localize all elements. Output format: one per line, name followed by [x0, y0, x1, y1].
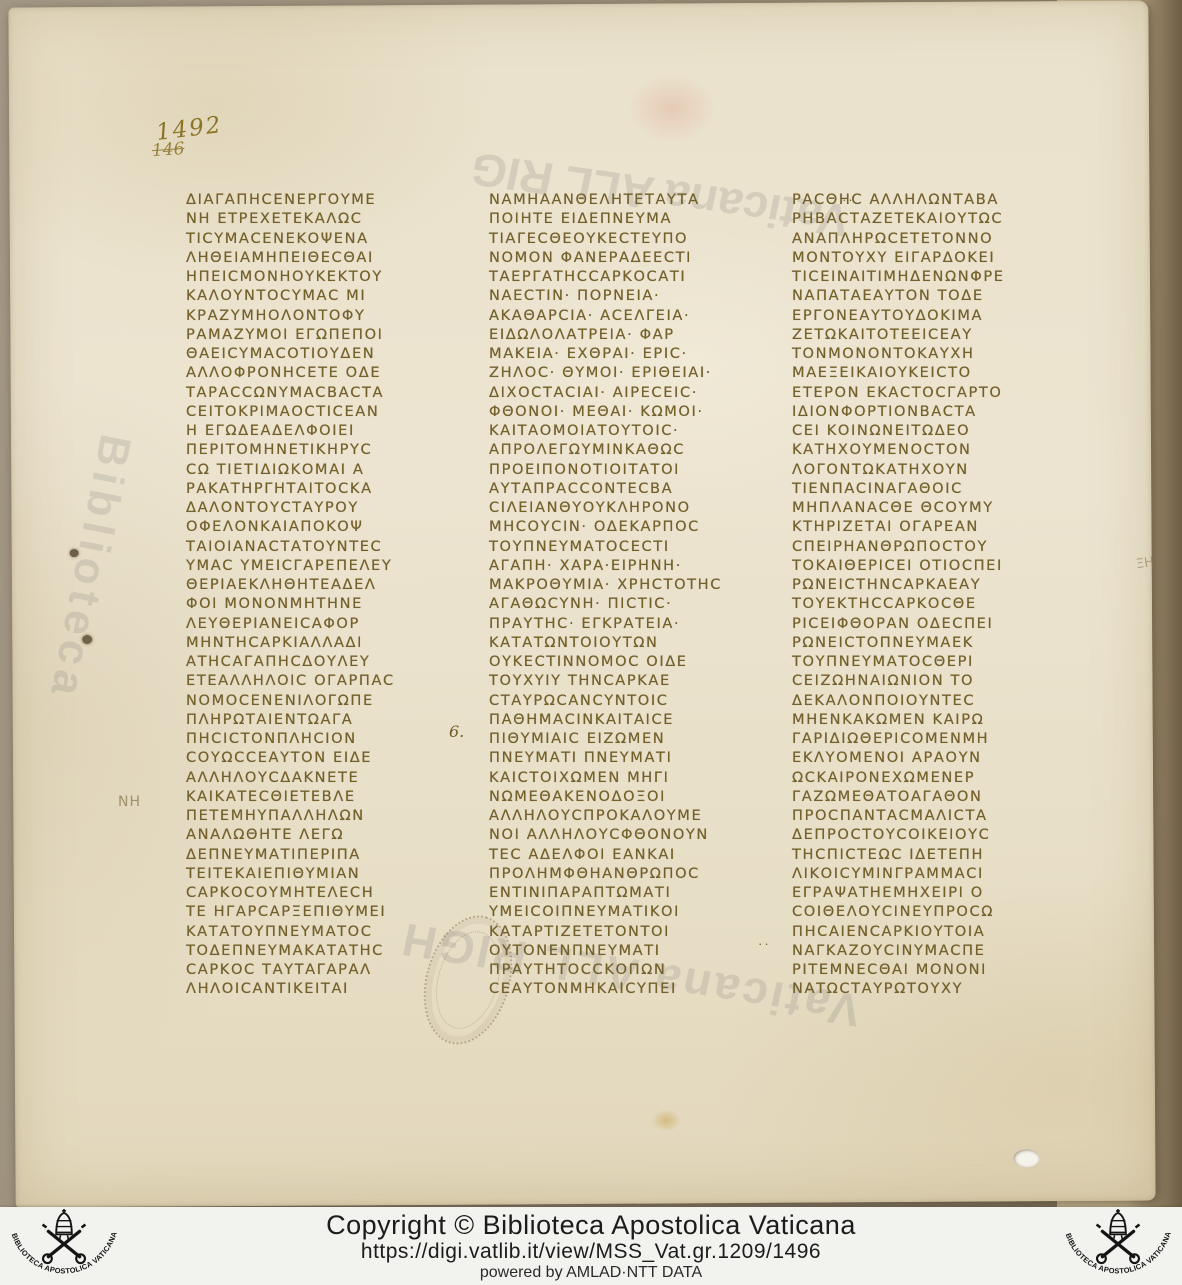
manuscript-line: ΜΑΚΕΙΑ· ΕΧΘΡΑΙ· ΕΡΙϹ·	[489, 344, 769, 363]
manuscript-line: ΤΟΥΕΚΤΗϹϹΑΡΚΟϹΘΕ	[792, 594, 1072, 613]
manuscript-line: ΜΗΠΛΑΝΑϹΘΕ ΘϹΟΥΜΥ	[792, 498, 1072, 517]
manuscript-line: ΔΕΠΝΕΥΜΑΤΙΠΕΡΙΠΑ	[186, 845, 466, 864]
vatican-library-logo-right: BIBLIOTECA APOSTOLICA VATICANA	[1054, 1208, 1182, 1284]
manuscript-line: ΤΟΚΑΙΘΕΡΙϹΕΙ ΟΤΙΟϹΠΕΙ	[792, 556, 1072, 575]
papal-tiara-icon	[1110, 1209, 1126, 1241]
manuscript-line: ΚΤΗΡΙΖΕΤΑΙ ΟΓΑΡΕΑΝ	[792, 517, 1072, 536]
manuscript-line: ΡΩΝΕΙϹΤΟΠΝΕΥΜΑΕΚ	[792, 633, 1072, 652]
manuscript-line: ϹΤΑΥΡΩϹΑΝϹΥΝΤΟΙϹ	[489, 691, 769, 710]
manuscript-line: ΛΙΚΟΙϹΥΜΙΝΓΡΑΜΜΑϹΙ	[792, 864, 1072, 883]
svg-text:BIBLIOTECA APOSTOLICA VATICANA: BIBLIOTECA APOSTOLICA VATICANA	[1064, 1230, 1173, 1275]
manuscript-line: ΠΕΡΙΤΟΜΗΝΕΤΙΚΗΡΥϹ	[186, 440, 466, 459]
logo-arc-text: BIBLIOTECA APOSTOLICA VATICANA	[10, 1230, 119, 1275]
manuscript-line: ΝΟΙ ΑΛΛΗΛΟΥϹΦΘΟΝΟΥΝ	[489, 825, 769, 844]
manuscript-line: ΑΠΡΟΛΕΓΩΥΜΙΝΚΑΘΩϹ	[489, 440, 769, 459]
manuscript-line: ΛΗΘΕΙΑΜΗΠΕΙΘΕϹΘΑΙ	[186, 248, 466, 267]
manuscript-line: ΠΗϹΑΙΕΝϹΑΡΚΙΟΥΤΟΙΑ	[792, 922, 1072, 941]
manuscript-line: ΚΑΙΚΑΤΕϹΘΙΕΤΕΒΛΕ	[186, 787, 466, 806]
manuscript-column-3: ΡΑϹΘΗϹ ΑΛΛΗΛΩΝΤΑΒΑΡΗΒΑϹΤΑΖΕΤΕΚΑΙΟΥΤΩϹΑΝΑ…	[792, 190, 1072, 999]
manuscript-line: ΤΟΥΠΝΕΥΜΑΤΟϹΘΕΡΙ	[792, 652, 1072, 671]
manuscript-line: ΟΥΤΟΝΕΝΠΝΕΥΜΑΤΙ	[489, 941, 769, 960]
manuscript-line: ΑΓΑΠΗ· ΧΑΡΑ·ΕΙΡΗΝΗ·	[489, 556, 769, 575]
manuscript-column-1: ΔΙΑΓΑΠΗϹΕΝΕΡΓΟΥΜΕΝΗ ΕΤΡΕΧΕΤΕΚΑΛΩϹΤΙϹΥΜΑϹ…	[186, 190, 466, 999]
manuscript-line: ΔΙΧΟϹΤΑϹΙΑΙ· ΑΙΡΕϹΕΙϹ·	[489, 383, 769, 402]
manuscript-line: ΚΑΤΑΤΟΥΠΝΕΥΜΑΤΟϹ	[186, 922, 466, 941]
manuscript-line: ϹΠΕΙΡΗΑΝΘΡΩΠΟϹΤΟΥ	[792, 537, 1072, 556]
manuscript-line: ΜΗΝΤΗϹΑΡΚΙΑΛΛΑΔΙ	[186, 633, 466, 652]
manuscript-line: ϹΙΛΕΙΑΝΘΥΟΥΚΛΗΡΟΝΟ	[489, 498, 769, 517]
manuscript-line: ΠΕΤΕΜΗΥΠΑΛΛΗΛΩΝ	[186, 806, 466, 825]
manuscript-line: ΠΡΑΥΤΗϹ· ΕΓΚΡΑΤΕΙΑ·	[489, 614, 769, 633]
manuscript-line: ΤΟΝΜΟΝΟΝΤΟΚΑΥΧΗ	[792, 344, 1072, 363]
manuscript-line: ΡΙΤΕΜΝΕϹΘΑΙ ΜΟΝΟΝΙ	[792, 960, 1072, 979]
manuscript-line: ΔΕΚΑΛΟΝΠΟΙΟΥΝΤΕϹ	[792, 691, 1072, 710]
manuscript-line: ΦΟΙ ΜΟΝΟΝΜΗΤΗΝΕ	[186, 594, 466, 613]
manuscript-line: ΠΡΟΕΙΠΟΝΟΤΙΟΙΤΑΤΟΙ	[489, 460, 769, 479]
manuscript-line: ΑΝΑΛΩΘΗΤΕ ΛΕΓΩ	[186, 825, 466, 844]
manuscript-line: ΜΑΚΡΟΘΥΜΙΑ· ΧΡΗϹΤΟΤΗϹ	[489, 575, 769, 594]
manuscript-line: ΝΑΓΚΑΖΟΥϹΙΝΥΜΑϹΠΕ	[792, 941, 1072, 960]
margin-mark: ··	[842, 192, 855, 207]
manuscript-line: ΑΝΑΠΛΗΡΩϹΕΤΕΤΟΝΝΟ	[792, 229, 1072, 248]
manuscript-line: ϹΑΡΚΟϹ ΤΑΥΤΑΓΑΡΑΛ	[186, 960, 466, 979]
manuscript-line: ΠΝΕΥΜΑΤΙ ΠΝΕΥΜΑΤΙ	[489, 748, 769, 767]
manuscript-line: ΠΙΘΥΜΙΑΙϹ ΕΙΖΩΜΕΝ	[489, 729, 769, 748]
manuscript-line: ϹΕΑΥΤΟΝΜΗΚΑΙϹΥΠΕΙ	[489, 979, 769, 998]
manuscript-column-2: ΝΑΜΗΑΑΝΘΕΛΗΤΕΤΑΥΤΑΠΟΙΗΤΕ ΕΙΔΕΠΝΕΥΜΑΤΙΑΓΕ…	[489, 190, 769, 999]
manuscript-line: ΤΑΙΟΙΑΝΑϹΤΑΤΟΥΝΤΕϹ	[186, 537, 466, 556]
manuscript-line: ΔΕΠΡΟϹΤΟΥϹΟΙΚΕΙΟΥϹ	[792, 825, 1072, 844]
manuscript-line: ΚΑΙΤΑΟΜΟΙΑΤΟΥΤΟΙϹ·	[489, 421, 769, 440]
manuscript-line: ϹΕΙ ΚΟΙΝΩΝΕΙΤΩΔΕΟ	[792, 421, 1072, 440]
margin-mark: ··	[758, 936, 771, 951]
manuscript-line: ΠΑΘΗΜΑϹΙΝΚΑΙΤΑΙϹΕ	[489, 710, 769, 729]
manuscript-line: ΑΛΛΟΦΡΟΝΗϹΕΤΕ ΟΔΕ	[186, 363, 466, 382]
manuscript-line: ΑΛΛΗΛΟΥϹΔΑΚΝΕΤΕ	[186, 768, 466, 787]
manuscript-line: ΚΑΤΑΤΩΝΤΟΙΟΥΤΩΝ	[489, 633, 769, 652]
manuscript-line: ΤΙϹΥΜΑϹΕΝΕΚΟΨΕΝΑ	[186, 229, 466, 248]
svg-text:BIBLIOTECA APOSTOLICA VATICANA: BIBLIOTECA APOSTOLICA VATICANA	[10, 1230, 119, 1275]
manuscript-line: ΠΛΗΡΩΤΑΙΕΝΤΩΑΓΑ	[186, 710, 466, 729]
manuscript-line: ΦΘΟΝΟΙ· ΜΕΘΑΙ· ΚΩΜΟΙ·	[489, 402, 769, 421]
struck-folio-number: 146	[151, 139, 185, 161]
quire-mark-left: ΝΗ	[118, 794, 141, 810]
manuscript-line: ΝΑΤΩϹΤΑΥΡΩΤΟΥΧΥ	[792, 979, 1072, 998]
manuscript-line: Η ΕΓΩΔΕΑΔΕΛΦΟΙΕΙ	[186, 421, 466, 440]
manuscript-line: ΝΑΕϹΤΙΝ· ΠΟΡΝΕΙΑ·	[489, 286, 769, 305]
manuscript-line: ΖΕΤΩΚΑΙΤΟΤΕΕΙϹΕΑΥ	[792, 325, 1072, 344]
manuscript-line: ΤΕΙΤΕΚΑΙΕΠΙΘΥΜΙΑΝ	[186, 864, 466, 883]
manuscript-line: ΝΩΜΕΘΑΚΕΝΟΔΟΞΟΙ	[489, 787, 769, 806]
manuscript-line: ΠΗϹΙϹΤΟΝΠΛΗϹΙΟΝ	[186, 729, 466, 748]
manuscript-line: ΡΑΚΑΤΗΡΓΗΤΑΙΤΟϹΚΑ	[186, 479, 466, 498]
manuscript-line: ΕΤΕΡΟΝ ΕΚΑϹΤΟϹΓΑΡΤΟ	[792, 383, 1072, 402]
manuscript-line: ΤΕ ΗΓΑΡϹΑΡΞΕΠΙΘΥΜΕΙ	[186, 902, 466, 921]
logo-arc-text: BIBLIOTECA APOSTOLICA VATICANA	[1064, 1230, 1173, 1275]
powered-by-line: powered by AMLAD·NTT DATA	[128, 1264, 1054, 1282]
manuscript-line: ΘΕΡΙΑΕΚΛΗΘΗΤΕΑΔΕΛ	[186, 575, 466, 594]
manuscript-line: ΥΜΑϹ ΥΜΕΙϹΓΑΡΕΠΕΛΕΥ	[186, 556, 466, 575]
digitized-manuscript-page: Vaticana ALL RIG Biblioteca Vaticana ALL…	[0, 0, 1182, 1285]
manuscript-line: ΑΛΛΗΛΟΥϹΠΡΟΚΑΛΟΥΜΕ	[489, 806, 769, 825]
manuscript-line: ΡΗΒΑϹΤΑΖΕΤΕΚΑΙΟΥΤΩϹ	[792, 209, 1072, 228]
manuscript-line: ΑΚΑΘΑΡϹΙΑ· ΑϹΕΛΓΕΙΑ·	[489, 306, 769, 325]
manuscript-line: ϹΑΡΚΟϹΟΥΜΗΤΕΛΕϹΗ	[186, 883, 466, 902]
manuscript-line: ΕΙΔΩΛΟΛΑΤΡΕΙΑ· ΦΑΡ	[489, 325, 769, 344]
manuscript-line: ΗΠΕΙϹΜΟΝΗΟΥΚΕΚΤΟΥ	[186, 267, 466, 286]
manuscript-line: ΡΙϹΕΙΦΘΟΡΑΝ ΟΔΕϹΠΕΙ	[792, 614, 1072, 633]
manuscript-line: ΤΟΔΕΠΝΕΥΜΑΚΑΤΑΤΗϹ	[186, 941, 466, 960]
manuscript-line: ΝΑΜΗΑΑΝΘΕΛΗΤΕΤΑΥΤΑ	[489, 190, 769, 209]
manuscript-line: ΤΟΥΠΝΕΥΜΑΤΟϹΕϹΤΙ	[489, 537, 769, 556]
manuscript-line: ΔΙΑΓΑΠΗϹΕΝΕΡΓΟΥΜΕ	[186, 190, 466, 209]
manuscript-line: ΠΡΑΥΤΗΤΟϹϹΚΟΠΩΝ	[489, 960, 769, 979]
manuscript-line: ΤΑΕΡΓΑΤΗϹϹΑΡΚΟϹΑΤΙ	[489, 267, 769, 286]
manuscript-line: ΠΡΟΛΗΜΦΘΗΑΝΘΡΩΠΟϹ	[489, 864, 769, 883]
manuscript-line: ΟΦΕΛΟΝΚΑΙΑΠΟΚΟΨ	[186, 517, 466, 536]
manuscript-line: ΤΕϹ ΑΔΕΛΦΟΙ ΕΑΝΚΑΙ	[489, 845, 769, 864]
chapter-marker: 6.	[449, 722, 464, 741]
manuscript-line: ΠΡΟϹΠΑΝΤΑϹΜΑΛΙϹΤΑ	[792, 806, 1072, 825]
manuscript-line: ΕΝΤΙΝΙΠΑΡΑΠΤΩΜΑΤΙ	[489, 883, 769, 902]
manuscript-line: ΠΟΙΗΤΕ ΕΙΔΕΠΝΕΥΜΑ	[489, 209, 769, 228]
manuscript-line: ΡΩΝΕΙϹΤΗΝϹΑΡΚΑΕΑΥ	[792, 575, 1072, 594]
manuscript-line: ΕΚΛΥΟΜΕΝΟΙ ΑΡΑΟΥΝ	[792, 748, 1072, 767]
manuscript-line: ΚΑΛΟΥΝΤΟϹΥΜΑϹ ΜΙ	[186, 286, 466, 305]
manuscript-line: ΖΗΛΟϹ· ΘΥΜΟΙ· ΕΡΙΘΕΙΑΙ·	[489, 363, 769, 382]
manuscript-line: ΤΟΥΧΥΙΥ ΤΗΝϹΑΡΚΑΕ	[489, 671, 769, 690]
manuscript-line: ΚΡΑΖΥΜΗΟΛΟΝΤΟΦΥ	[186, 306, 466, 325]
manuscript-line: ΥΜΕΙϹΟΙΠΝΕΥΜΑΤΙΚΟΙ	[489, 902, 769, 921]
manuscript-line: ΤΙΑΓΕϹΘΕΟΥΚΕϹΤΕΥΠΟ	[489, 229, 769, 248]
manuscript-line: ΩϹΚΑΙΡΟΝΕΧΩΜΕΝΕΡ	[792, 768, 1072, 787]
manuscript-line: ΑΥΤΑΠΡΑϹϹΟΝΤΕϹΒΑ	[489, 479, 769, 498]
footer-bar: BIBLIOTECA APOSTOLICA VATICANA Copyright…	[0, 1207, 1182, 1285]
manuscript-line: ϹΩ ΤΙΕΤΙΔΙΩΚΟΜΑΙ Α	[186, 460, 466, 479]
yellow-stain	[651, 1109, 681, 1131]
manuscript-line: ΓΑΡΙΔΙΩΘΕΡΙϹΟΜΕΝΜΗ	[792, 729, 1072, 748]
pink-smudge	[627, 73, 717, 144]
manuscript-line: ΤΗϹΠΙϹΤΕΩϹ ΙΔΕΤΕΠΗ	[792, 845, 1072, 864]
manuscript-line: ΜΗΕΝΚΑΚΩΜΕΝ ΚΑΙΡΩ	[792, 710, 1072, 729]
manuscript-line: ΡΑϹΘΗϹ ΑΛΛΗΛΩΝΤΑΒΑ	[792, 190, 1072, 209]
manuscript-line: ϹΟΥΩϹϹΕΑΥΤΟΝ ΕΙΔΕ	[186, 748, 466, 767]
manuscript-line: ΙΔΙΟΝΦΟΡΤΙΟΝΒΑϹΤΑ	[792, 402, 1072, 421]
manuscript-line: ΕΡΓΟΝΕΑΥΤΟΥΔΟΚΙΜΑ	[792, 306, 1072, 325]
quire-mark-right: ΞΗ	[1135, 555, 1155, 572]
manuscript-line: ΑΓΑΘΩϹΥΝΗ· ΠΙϹΤΙϹ·	[489, 594, 769, 613]
footer-text-block: Copyright © Biblioteca Apostolica Vatica…	[128, 1211, 1054, 1282]
manuscript-line: ΕΓΡΑΨΑΤΗΕΜΗΧΕΙΡΙ Ο	[792, 883, 1072, 902]
manuscript-line: ΟΥΚΕϹΤΙΝΝΟΜΟϹ ΟΙΔΕ	[489, 652, 769, 671]
manuscript-line: ΜΑΕΞΕΙΚΑΙΟΥΚΕΙϹΤΟ	[792, 363, 1072, 382]
manuscript-line: ϹΕΙΖΩΗΝΑΙΩΝΙΟΝ ΤΟ	[792, 671, 1072, 690]
manuscript-line: ΡΑΜΑΖΥΜΟΙ ΕΓΩΠΕΠΟΙ	[186, 325, 466, 344]
manuscript-line: ΚΑΤΑΡΤΙΖΕΤΕΤΟΝΤΟΙ	[489, 922, 769, 941]
manuscript-line: ΛΟΓΟΝΤΩΚΑΤΗΧΟΥΝ	[792, 460, 1072, 479]
manuscript-line: ΝΑΠΑΤΑΕΑΥΤΟΝ ΤΟΔΕ	[792, 286, 1072, 305]
manuscript-url: https://digi.vatlib.it/view/MSS_Vat.gr.1…	[128, 1240, 1054, 1264]
vatican-library-logo-left: BIBLIOTECA APOSTOLICA VATICANA	[0, 1208, 128, 1284]
manuscript-line: ΜΟΝΤΟΥΧΥ ΕΙΓΑΡΔΟΚΕΙ	[792, 248, 1072, 267]
manuscript-line: ΕΤΕΑΛΛΗΛΟΙϹ ΟΓΑΡΠΑϹ	[186, 671, 466, 690]
manuscript-line: ϹΕΙΤΟΚΡΙΜΑΟϹΤΙϹΕΑΝ	[186, 402, 466, 421]
manuscript-line: ΛΕΥΘΕΡΙΑΝΕΙϹΑΦΟΡ	[186, 614, 466, 633]
manuscript-line: ΚΑΙϹΤΟΙΧΩΜΕΝ ΜΗΓΙ	[489, 768, 769, 787]
manuscript-line: ΤΙΕΝΠΑϹΙΝΑΓΑΘΟΙϹ	[792, 479, 1072, 498]
manuscript-line: ΓΑΖΩΜΕΘΑΤΟΑΓΑΘΟΝ	[792, 787, 1072, 806]
manuscript-line: ΚΑΤΗΧΟΥΜΕΝΟϹΤΟΝ	[792, 440, 1072, 459]
parchment-hole	[1013, 1149, 1039, 1167]
manuscript-line: ΝΗ ΕΤΡΕΧΕΤΕΚΑΛΩϹ	[186, 209, 466, 228]
manuscript-line: ΔΑΛΟΝΤΟΥϹΤΑΥΡΟΥ	[186, 498, 466, 517]
manuscript-line: ΑΤΗϹΑΓΑΠΗϹΔΟΥΛΕΥ	[186, 652, 466, 671]
papal-tiara-icon	[56, 1209, 72, 1241]
manuscript-line: ΤΙϹΕΙΝΑΙΤΙΜΗΔΕΝΩΝΦΡΕ	[792, 267, 1072, 286]
manuscript-line: ΜΗϹΟΥϹΙΝ· ΟΔΕΚΑΡΠΟϹ	[489, 517, 769, 536]
manuscript-line: ΝΟΜΟϹΕΝΕΝΙΛΟΓΩΠΕ	[186, 691, 466, 710]
manuscript-line: ΝΟΜΟΝ ΦΑΝΕΡΑΔΕΕϹΤΙ	[489, 248, 769, 267]
manuscript-line: ΘΑΕΙϹΥΜΑϹΟΤΙΟΥΔΕΝ	[186, 344, 466, 363]
manuscript-line: ΤΑΡΑϹϹΩΝΥΜΑϹΒΑϹΤΑ	[186, 383, 466, 402]
copyright-line: Copyright © Biblioteca Apostolica Vatica…	[128, 1211, 1054, 1240]
manuscript-line: ϹΟΙΘΕΛΟΥϹΙΝΕΥΠΡΟϹΩ	[792, 902, 1072, 921]
